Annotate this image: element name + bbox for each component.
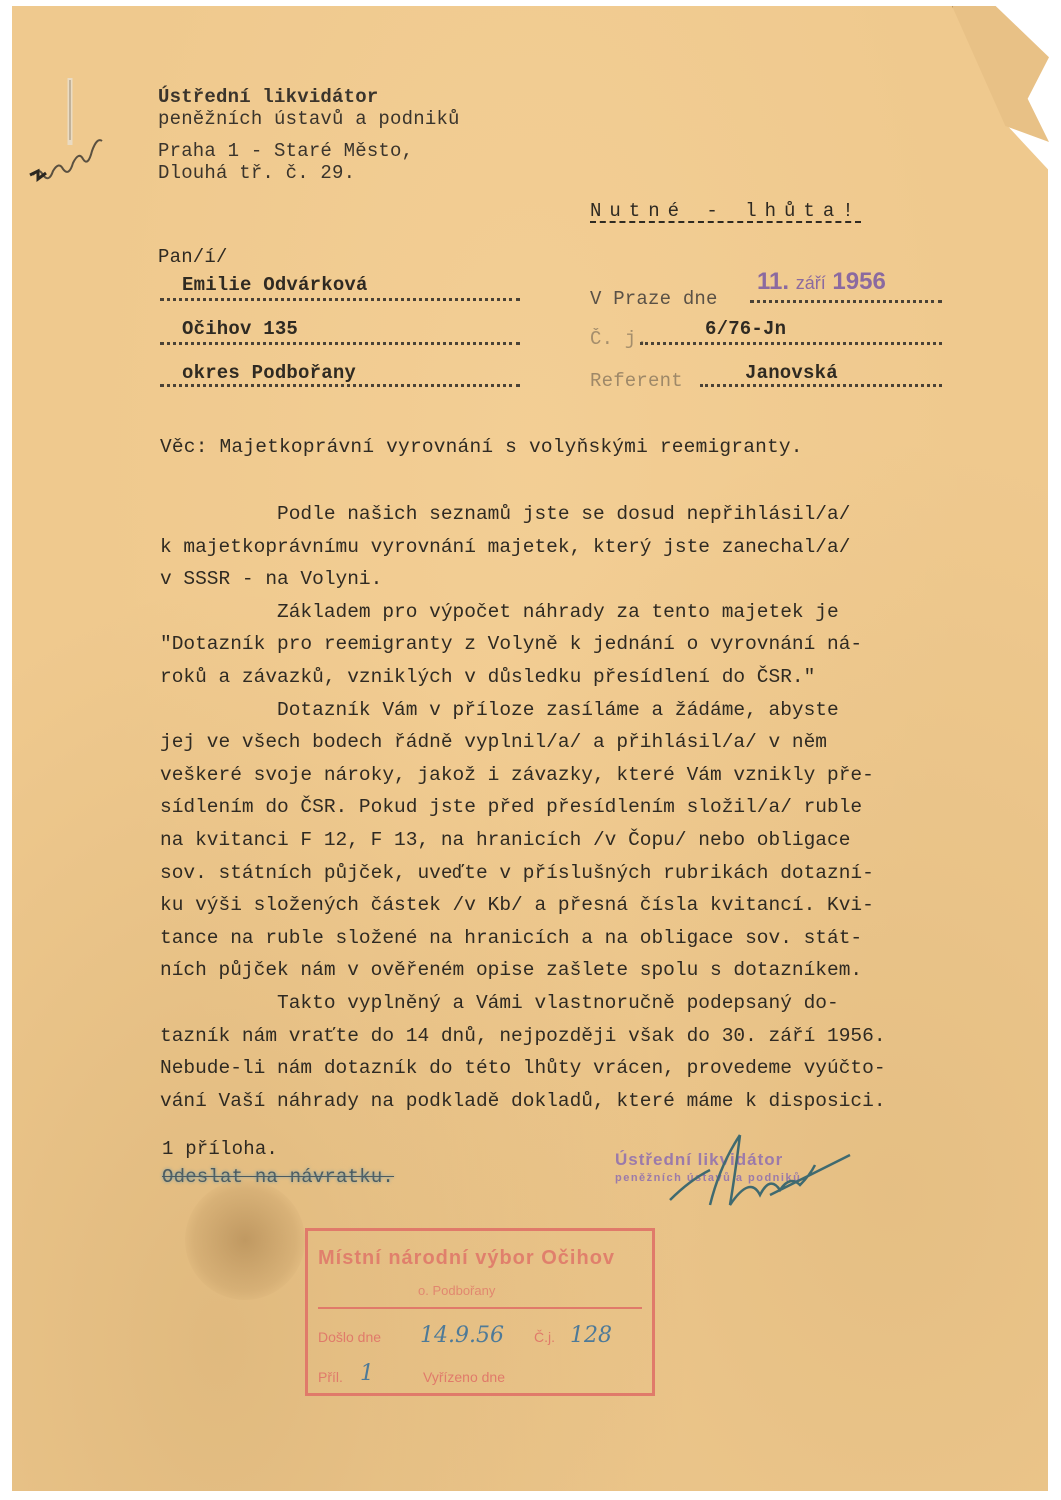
signature-icon bbox=[650, 1125, 870, 1215]
referent-name: Janovská bbox=[745, 364, 838, 383]
sender-line-3: Praha 1 - Staré Město, bbox=[158, 142, 413, 161]
urgent-notice: Nutné - lhůta! bbox=[590, 202, 862, 221]
recipient-salutation: Pan/í/ bbox=[158, 248, 228, 267]
receipt-stamp-subtitle: o. Podbořany bbox=[418, 1283, 495, 1298]
letter-body: Podle našich seznamů jste se dosud nepři… bbox=[160, 498, 980, 1117]
sender-line-2: peněžních ústavů a podniků bbox=[158, 110, 460, 129]
place-date-label: V Praze dne bbox=[590, 290, 718, 309]
body-line: "Dotazník pro reemigranty z Volyně k jed… bbox=[160, 628, 980, 661]
reference-number-label: Č. j. bbox=[590, 330, 648, 349]
body-line: roků a závazků, vzniklých v důsledku pře… bbox=[160, 661, 980, 694]
divider bbox=[318, 1307, 642, 1309]
body-line: Základem pro výpočet náhrady za tento ma… bbox=[160, 596, 980, 629]
attachments-label: Příl. bbox=[318, 1369, 343, 1385]
referent-label: Referent bbox=[590, 372, 683, 391]
body-line: ku výši složených částek /v Kb/ a přesná… bbox=[160, 889, 980, 922]
body-line: v SSSR - na Volyni. bbox=[160, 563, 980, 596]
dotted-line bbox=[160, 342, 520, 345]
attachments-count: 1 bbox=[360, 1361, 374, 1386]
body-line: veškeré svoje nároky, jakož i závazky, k… bbox=[160, 759, 980, 792]
recipient-address: Očihov 135 bbox=[182, 320, 298, 339]
dotted-line bbox=[160, 384, 520, 387]
dotted-line bbox=[750, 300, 942, 303]
sender-line-4: Dlouhá tř. č. 29. bbox=[158, 164, 355, 183]
reference-number: 6/76-Jn bbox=[705, 320, 786, 339]
body-line: vání Vaší náhrady na podkladě dokladů, k… bbox=[160, 1085, 980, 1118]
body-line: sov. státních půjček, uveďte v příslušný… bbox=[160, 857, 980, 890]
dotted-line bbox=[160, 298, 520, 301]
body-line: Nebude-li nám dotazník do této lhůty vrá… bbox=[160, 1052, 980, 1085]
receipt-stamp-title: Místní národní výbor Očihov bbox=[318, 1247, 615, 1270]
date-stamp-day: 11. bbox=[757, 268, 789, 295]
body-line: ních půjček nám v ověřeném opise zašlete… bbox=[160, 954, 980, 987]
sender-line-1: Ústřední likvidátor bbox=[158, 88, 378, 107]
case-number-label: Č.j. bbox=[534, 1329, 555, 1345]
body-line: tazník nám vraťte do 14 dnů, nejpozději … bbox=[160, 1020, 980, 1053]
struck-note: Odeslat na návratku. bbox=[162, 1168, 394, 1187]
case-number: 128 bbox=[570, 1323, 612, 1348]
subject-line: Věc: Majetkoprávní vyrovnání s volyňským… bbox=[160, 438, 803, 458]
stain bbox=[185, 1180, 305, 1300]
body-line: Podle našich seznamů jste se dosud nepři… bbox=[160, 498, 980, 531]
received-label: Došlo dne bbox=[318, 1329, 381, 1345]
body-line: k majetkoprávnímu vyrovnání majetek, kte… bbox=[160, 531, 980, 564]
date-stamp: 11. září 1956 bbox=[757, 268, 886, 296]
receipt-stamp: Místní národní výbor Očihov o. Podbořany… bbox=[305, 1228, 655, 1396]
body-line: Dotazník Vám v příloze zasíláme a žádáme… bbox=[160, 694, 980, 727]
dotted-line bbox=[700, 384, 942, 387]
dotted-line bbox=[640, 342, 942, 345]
attachment-note: 1 příloha. bbox=[162, 1140, 278, 1159]
body-line: jej ve všech bodech řádně vyplnil/a/ a p… bbox=[160, 726, 980, 759]
staple-mark-icon bbox=[25, 70, 115, 190]
recipient-name: Emilie Odvárková bbox=[182, 276, 368, 295]
body-line: sídlením do ČSR. Pokud jste před přesídl… bbox=[160, 791, 980, 824]
recipient-district: okres Podbořany bbox=[182, 364, 356, 383]
body-line: Takto vyplněný a Vámi vlastnoručně podep… bbox=[160, 987, 980, 1020]
date-stamp-month: září bbox=[796, 273, 826, 293]
received-date: 14.9.56 bbox=[420, 1323, 504, 1348]
body-line: tance na ruble složené na hranicích a na… bbox=[160, 922, 980, 955]
date-stamp-year: 1956 bbox=[832, 268, 885, 295]
body-line: na kvitanci F 12, F 13, na hranicích /v … bbox=[160, 824, 980, 857]
settled-label: Vyřízeno dne bbox=[423, 1369, 505, 1385]
